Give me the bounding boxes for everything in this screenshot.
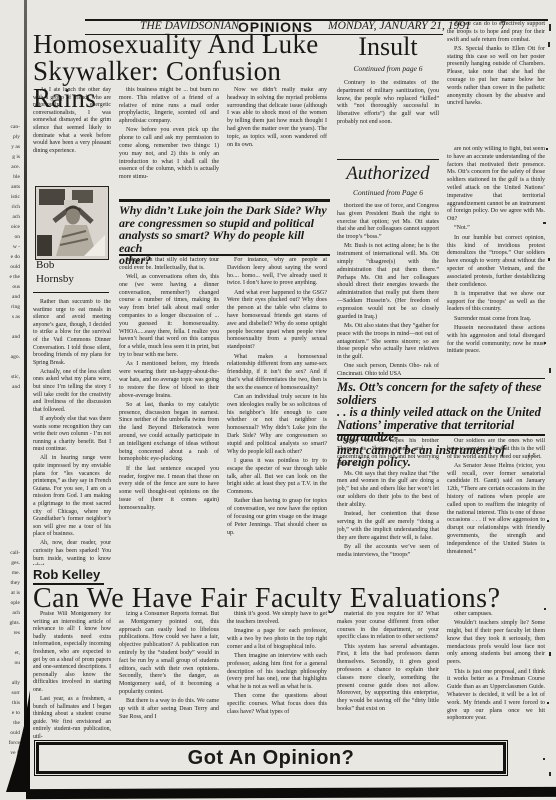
paragraph: Last year, as a freshmen, a bunch of hal…: [33, 696, 111, 742]
scan-speck: [547, 520, 549, 522]
opinion-box-label: Got An Opinion?: [188, 747, 355, 769]
paragraph: I guess it was pointless to try to escap…: [227, 458, 327, 497]
authorized-col5-middle: are not only willing to fight, but seem …: [447, 146, 545, 375]
faculty-col2: izing a Consumer Reports format. But as …: [119, 611, 219, 747]
paragraph: other campuses.: [447, 611, 545, 619]
columnist-photo: [35, 186, 109, 260]
scan-speck: [546, 148, 548, 150]
authorized-col4-top: thorized the use of force, and Congress …: [337, 203, 439, 375]
paragraph: Rather than having to grasp for topics o…: [227, 498, 327, 537]
authorized-headline: Authorized: [337, 163, 439, 185]
paragraph: So at last, thanks to my catalytic prese…: [119, 402, 219, 464]
paragraph: Can an individual truly secure in his ow…: [227, 394, 327, 456]
caption-rule: [33, 292, 109, 293]
scan-speck: [549, 368, 551, 373]
paragraph: As I mentioned before, my friends were w…: [119, 361, 219, 400]
paragraph: Actually, one of the less silent ones as…: [33, 369, 111, 415]
luke-col3-bottom: For instance, why are people at Davidson…: [227, 257, 327, 566]
scan-speck: [548, 258, 550, 261]
paragraph: “Not.”: [447, 225, 545, 233]
luke-col3-top: Now we didn’t really make any headway in…: [227, 87, 327, 197]
newspaper-page: can- ply y as g is ace. ble ants istic r…: [0, 0, 556, 800]
paragraph: Ms. Ott says that they realize that “the…: [337, 471, 439, 510]
columnist-caption: Bob Hornsby: [36, 259, 74, 286]
paragraph: If the last sentence escaped you reader,…: [119, 466, 219, 513]
scan-speck: [543, 758, 545, 760]
paragraph: If anybody else that was there wants som…: [33, 416, 111, 454]
paragraph: Mr. Bush is not acting alone; he is the …: [337, 243, 439, 321]
paragraph: Today that he hopes his brother Thomas i…: [337, 438, 439, 469]
scan-speck: [549, 24, 551, 31]
paragraph: This system has several advantages. Firs…: [337, 644, 439, 714]
paragraph: thorized the use of force, and Congress …: [337, 203, 439, 242]
scan-speck: [543, 222, 546, 224]
paragraph: It is imperative that we show our suppor…: [447, 291, 545, 314]
page-bottom-edge: [26, 787, 556, 799]
pen-mark: ι ε.: [528, 450, 537, 459]
insult-continued-line: Continued from page 6: [337, 64, 439, 73]
paragraph: As I ate lunch the other day with a grou…: [33, 87, 111, 155]
authorized-col4-bottom: Today that he hopes his brother Thomas i…: [337, 438, 439, 568]
paragraph: Praise Will Montgomery for writing an in…: [33, 611, 111, 695]
paragraph: What makes a homosexual relationship dif…: [227, 354, 327, 393]
faculty-col5: other campuses.Wouldn’t teachers simply …: [447, 611, 545, 747]
page-edge-line: [24, 0, 27, 792]
paragraph: All in hearing range were quite impresse…: [33, 455, 111, 539]
faculty-col3: think it’s good. We simply have to get t…: [227, 611, 327, 747]
paragraph: material do you require for it? What mak…: [337, 611, 439, 642]
paragraph: Ah, now, dear reader, your curiosity has…: [33, 540, 111, 565]
paragraph: Contrary to the estimates of the departm…: [337, 80, 439, 127]
luke-pull-quote-box: Why didn’t Luke join the Dark Side? Why …: [119, 199, 330, 256]
paragraph: Then imagine an interview with each prof…: [227, 653, 327, 692]
ott-pull-quote-box: Ms. Ott’s concern for the safety of thes…: [337, 378, 545, 436]
paragraph: think it’s good. We simply have to get t…: [227, 611, 327, 627]
paragraph: One such person, Dennis Oho- rak of Cinc…: [337, 363, 439, 375]
opinion-box: Got An Opinion?: [36, 742, 506, 774]
paragraph: This is just one proposal, and I think i…: [447, 669, 545, 724]
paragraph: are not only willing to fight, but seem …: [447, 146, 545, 224]
scan-speck: [549, 652, 551, 656]
paragraph: Then come the questions about specific c…: [227, 693, 327, 716]
scan-speck: [547, 702, 549, 704]
left-margin-fragments-bottom: call- ges. me. they at is ople ach ghts.…: [0, 548, 20, 758]
paragraph: By all the accounts we’ve seen of media …: [337, 544, 439, 560]
columnist-photo-sketch: [36, 187, 105, 256]
paragraph: Wouldn’t teachers simply lie? Some might…: [447, 620, 545, 667]
paragraph: And what ever happened to the GSG? Were …: [227, 290, 327, 352]
paragraph: But there is a way to do this. We came u…: [119, 698, 219, 721]
paragraph: Well, as conversations often do, this on…: [119, 274, 219, 360]
paragraph: Rather than succumb to the wartime urge …: [33, 299, 111, 367]
faculty-col4: material do you require for it? What mak…: [337, 611, 439, 747]
paragraph: Hussein necessitated these actions with …: [447, 325, 545, 356]
insult-body: Contrary to the estimates of the departm…: [337, 80, 439, 156]
scan-speck: [549, 772, 551, 776]
paragraph: lating than that silly old factory tour …: [119, 257, 219, 273]
paragraph: Surrender must come from Iraq.: [447, 316, 545, 324]
luke-col2-top: this business might be ... but burn no m…: [119, 87, 219, 197]
insult-headline: Insult: [337, 32, 439, 62]
paragraph: As Senator Jesse Helms (victor, you will…: [447, 463, 545, 557]
paragraph: Instead, her contention that those servi…: [337, 511, 439, 542]
paragraph: Imagine a page for each professor, with …: [227, 628, 327, 651]
paragraph: Now before you even pick up the phone to…: [119, 127, 219, 182]
authorized-rule: [337, 159, 439, 160]
paragraph: In our humble but correct opinion, this …: [447, 235, 545, 290]
scan-speck: [544, 608, 546, 610]
paragraph: this business might be ... but burn no m…: [119, 87, 219, 126]
faculty-col1: Praise Will Montgomery for writing an in…: [33, 611, 111, 747]
authorized-col5-top: All we can do to effectively support the…: [447, 21, 545, 142]
paragraph: P.S. Special thanks to Ellen Ott for sta…: [447, 46, 545, 108]
luke-col1-bottom: Rather than succumb to the wartime urge …: [33, 299, 111, 565]
luke-col2-bottom: lating than that silly old factory tour …: [119, 257, 219, 566]
luke-col1-top: As I ate lunch the other day with a grou…: [33, 87, 111, 184]
left-margin-fragments-top: can- ply y as g is ace. ble ants istic r…: [0, 122, 20, 392]
paragraph: For instance, why are people at Davidson…: [227, 257, 327, 288]
paragraph: All we can do to effectively support the…: [447, 21, 545, 44]
paragraph: Ms. Ott also states that they “gather fo…: [337, 323, 439, 362]
paragraph: izing a Consumer Reports format. But as …: [119, 611, 219, 697]
scan-speck: [548, 42, 550, 47]
scan-speck: [544, 342, 546, 344]
paragraph: Now we didn’t really make any headway in…: [227, 87, 327, 149]
authorized-continued-line: Continued from Page 6: [337, 188, 439, 197]
